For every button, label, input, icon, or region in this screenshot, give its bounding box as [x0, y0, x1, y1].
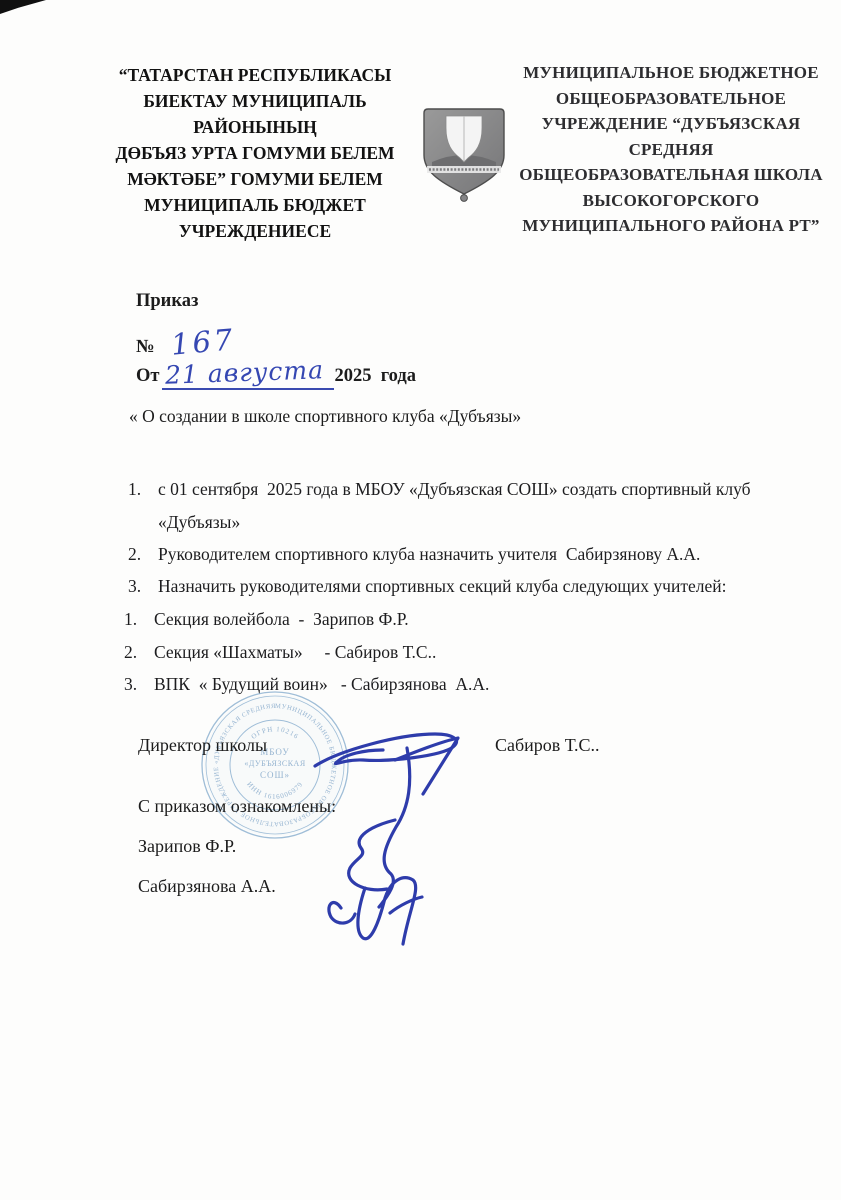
order-date-underline: 21 августа [162, 358, 334, 390]
section-item-1: 1. Секция волейбола - Зарипов Ф.Р. [124, 603, 824, 636]
order-item-2: 2. Руководителем спортивного клуба назна… [128, 538, 828, 571]
order-item-3: 3. Назначить руководителями спортивных с… [128, 570, 828, 603]
item-text-line: Назначить руководителями спортивных секц… [158, 570, 726, 603]
org-name-left-tatar: “ТАТАРСТАН РЕСПУБЛИКАСЫ БИЕКТАУ МУНИЦИПА… [98, 62, 412, 244]
item-number: 3. [128, 570, 158, 603]
org-right-line: СРЕДНЯЯ [503, 137, 839, 163]
seal-center-line3: СОШ» [260, 770, 290, 780]
item-number: 3. [124, 668, 154, 701]
item-number: 2. [128, 538, 158, 571]
order-title: Приказ [136, 291, 198, 312]
org-right-line: ОБЩЕОБРАЗОВАТЕЛЬНАЯ ШКОЛА [503, 162, 839, 188]
order-number-row: № 167 [136, 325, 235, 359]
item-number: 1. [124, 603, 154, 636]
director-label: Директор школы [138, 735, 267, 756]
scanner-corner-artifact [0, 0, 46, 14]
item-text-line: Руководителем спортивного клуба назначит… [158, 538, 700, 571]
org-left-line: “ТАТАРСТАН РЕСПУБЛИКАСЫ [98, 62, 412, 88]
item-number: 1. [128, 473, 158, 539]
order-date-row: От 21 августа 2025 года [136, 358, 416, 390]
scanned-order-document: “ТАТАРСТАН РЕСПУБЛИКАСЫ БИЕКТАУ МУНИЦИПА… [0, 0, 841, 1200]
sabirzyanova-signature [329, 903, 355, 924]
sabirzyanova-signature [390, 897, 422, 913]
coat-of-arms-icon [419, 107, 509, 205]
item-text: Секция волейбола - Зарипов Ф.Р. [154, 603, 409, 636]
item-text: Руководителем спортивного клуба назначит… [158, 538, 700, 571]
order-number-label: № [136, 337, 155, 358]
org-left-line: УЧРЕЖДЕНИЕСЕ [98, 218, 412, 244]
order-date-prefix: От [136, 366, 159, 387]
order-date-handwritten: 21 августа [165, 355, 325, 390]
org-left-line: МӘКТӘБЕ” ГОМУМИ БЕЛЕМ [98, 166, 412, 192]
org-left-line: ДӨБЪЯЗ УРТА ГОМУМИ БЕЛЕМ [98, 140, 412, 166]
org-left-line: РАЙОНЫНЫҢ [98, 114, 412, 140]
director-signature-loop [315, 734, 457, 766]
item-text: Назначить руководителями спортивных секц… [158, 570, 726, 603]
item-text: Секция «Шахматы» - Сабиров Т.С.. [154, 636, 436, 669]
org-right-line: ВЫСОКОГОРСКОГО [503, 188, 839, 214]
order-date-rest: 2025 года [334, 366, 416, 387]
acknowledged-name-1: Зарипов Ф.Р. [138, 836, 236, 857]
org-right-line: УЧРЕЖДЕНИЕ “ДУБЪЯЗСКАЯ [503, 111, 839, 137]
item-text-line: «Дубъязы» [158, 506, 751, 539]
zaripov-signature [349, 820, 395, 890]
item-number: 2. [124, 636, 154, 669]
item-text-line: с 01 сентября 2025 года в МБОУ «Дубъязск… [158, 473, 751, 506]
org-right-line: МУНИЦИПАЛЬНОГО РАЙОНА РТ” [503, 213, 839, 239]
org-right-line: МУНИЦИПАЛЬНОЕ БЮДЖЕТНОЕ [503, 60, 839, 86]
org-left-line: МУНИЦИПАЛЬ БЮДЖЕТ [98, 192, 412, 218]
order-number-handwritten: 167 [169, 322, 236, 361]
acknowledged-name-2: Сабирзянова А.А. [138, 876, 276, 897]
handwritten-signatures [295, 692, 525, 962]
section-item-2: 2. Секция «Шахматы» - Сабиров Т.С.. [124, 636, 824, 669]
item-text: с 01 сентября 2025 года в МБОУ «Дубъязск… [158, 473, 751, 539]
director-signature-arrow [395, 738, 458, 794]
order-item-1: 1. с 01 сентября 2025 года в МБОУ «Дубъя… [128, 473, 828, 539]
org-name-right-russian: МУНИЦИПАЛЬНОЕ БЮДЖЕТНОЕ ОБЩЕОБРАЗОВАТЕЛЬ… [503, 60, 839, 239]
order-subject: « О создании в школе спортивного клуба «… [129, 406, 521, 427]
org-right-line: ОБЩЕОБРАЗОВАТЕЛЬНОЕ [503, 86, 839, 112]
org-left-line: БИЕКТАУ МУНИЦИПАЛЬ [98, 88, 412, 114]
